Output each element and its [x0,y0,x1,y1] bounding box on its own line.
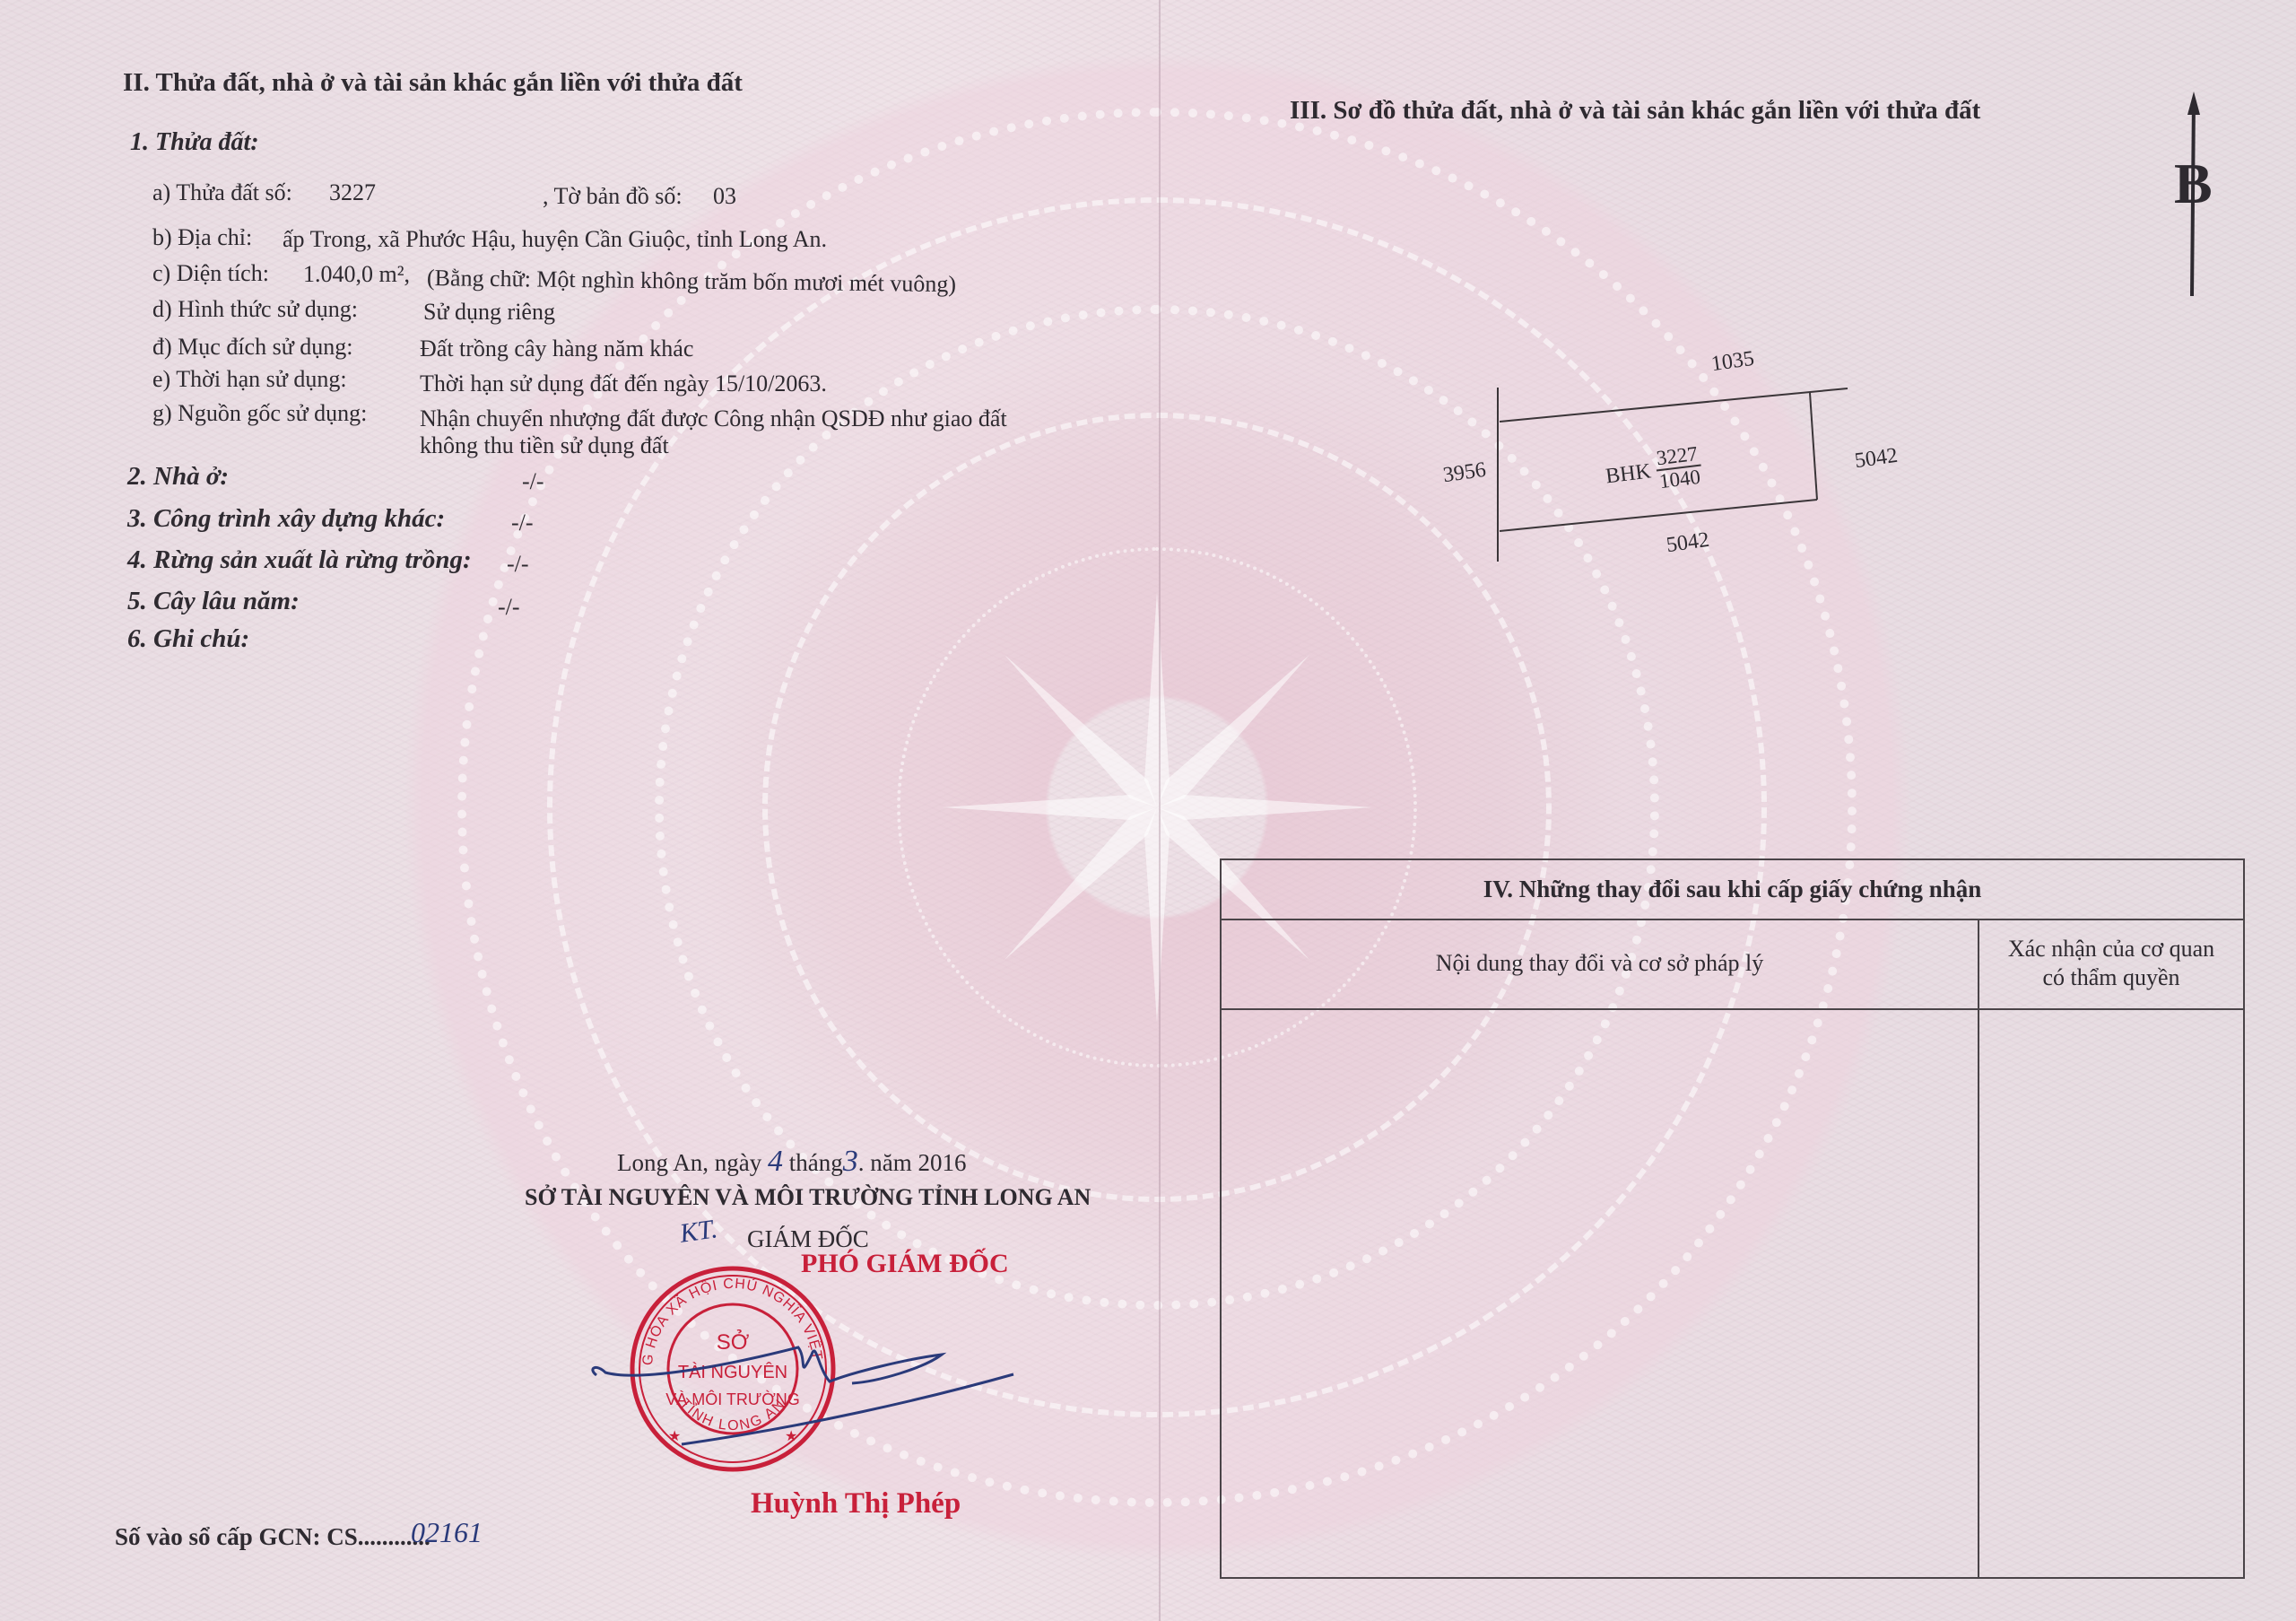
parcel-heading: 1. Thửa đất: [130,128,259,157]
usage-purpose-label: đ) Mục đích sử dụng: [152,334,353,361]
parcel-fraction: 3227 1040 [1654,443,1704,493]
month-label: tháng [789,1149,843,1176]
address-label: b) Địa chỉ: [152,224,252,251]
changes-table: IV. Những thay đổi sau khi cấp giấy chứn… [1220,858,2245,1579]
planted-forest-value: -/- [507,551,529,578]
usage-purpose-value: Đất trồng cây hàng năm khác [420,336,693,362]
date-prefix: Long An, ngày [617,1149,761,1176]
issue-date: Long An, ngày 4 tháng3. năm 2016 [617,1145,967,1179]
house-label: 2. Nhà ở: [127,462,229,492]
section-4-title: IV. Những thay đổi sau khi cấp giấy chứn… [1222,860,2243,920]
area-value: 1.040,0 m², [303,261,410,288]
issue-year: . năm 2016 [858,1149,967,1176]
col-header-authority-line2: có thẩm quyền [2042,963,2179,992]
address-value: ấp Trong, xã Phước Hậu, huyện Cần Giuộc,… [283,226,827,253]
parcel-number-value: 3227 [329,179,376,206]
signer-name: Huỳnh Thị Phép [751,1487,961,1521]
usage-form-value: Sử dụng riêng [423,299,555,326]
usage-form-label: d) Hình thức sử dụng: [152,296,358,323]
authority-confirmation-cell [1979,1010,2243,1577]
land-code: BHK [1605,459,1653,489]
registry-label: Số vào sổ cấp GCN: CS [115,1523,358,1550]
usage-origin-value-line1: Nhận chuyển nhượng đất được Công nhận QS… [420,405,1007,432]
registry-number: Số vào sổ cấp GCN: CS............ [115,1523,430,1551]
section-2-title: II. Thửa đất, nhà ở và tài sản khác gắn … [123,68,743,98]
map-sheet-value: 03 [713,183,736,210]
north-label: B [2174,151,2213,217]
issuing-agency: SỞ TÀI NGUYÊN VÀ MÔI TRƯỜNG TỈNH LONG AN [525,1184,1091,1211]
registry-handwritten-number: 02161 [411,1516,483,1549]
perennial-trees-label: 5. Cây lâu năm: [127,587,300,616]
usage-term-value: Thời hạn sử dụng đất đến ngày 15/10/2063… [420,370,827,397]
kt-handwritten: KT. [678,1214,719,1250]
notes-label: 6. Ghi chú: [127,624,249,654]
page-fold [1159,0,1161,1621]
map-sheet-label: , Tờ bản đồ số: [543,183,683,210]
other-construction-value: -/- [511,510,534,536]
col-header-authority-confirmation: Xác nhận của cơ quan có thẩm quyền [1979,919,2243,1010]
perennial-trees-value: -/- [498,594,520,621]
issue-month: 3 [843,1145,858,1178]
area-in-words: (Bằng chữ: Một nghìn không trăm bốn mươi… [427,265,956,298]
col-header-authority-line1: Xác nhận của cơ quan [2008,935,2214,963]
change-content-cell [1222,1010,1978,1577]
usage-origin-value-line2: không thu tiền sử dụng đất [420,432,669,459]
issue-day: 4 [768,1145,783,1178]
usage-term-label: e) Thời hạn sử dụng: [152,366,347,393]
other-construction-label: 3. Công trình xây dựng khác: [127,504,445,534]
usage-origin-label: g) Nguồn gốc sử dụng: [152,400,367,427]
section-3-title: III. Sơ đồ thửa đất, nhà ở và tài sản kh… [1290,96,1980,126]
planted-forest-label: 4. Rừng sản xuất là rừng trồng: [127,545,472,575]
house-value: -/- [522,468,544,495]
col-header-change-content: Nội dung thay đổi và cơ sở pháp lý [1222,919,1978,1010]
parcel-number-label: a) Thửa đất số: [152,179,292,206]
area-label: c) Diện tích: [152,260,269,287]
